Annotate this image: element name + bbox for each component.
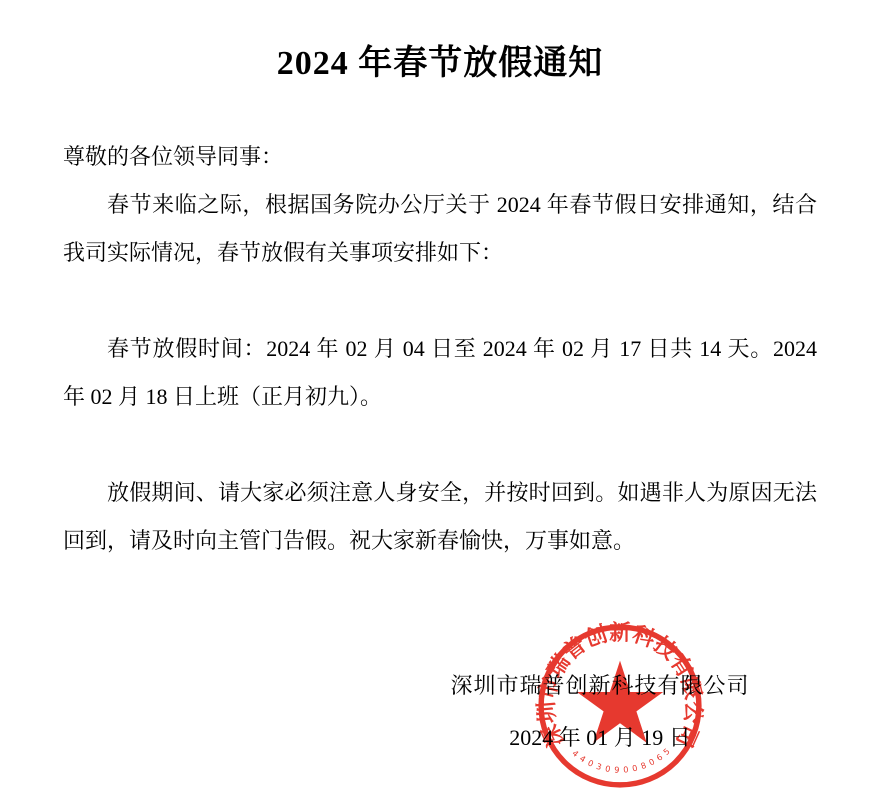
signature-block: 深圳市瑞普创新科技有限公司 2024 年 01 月 19 日 [440, 662, 760, 762]
greeting-line: 尊敬的各位领导同事： [63, 133, 817, 181]
signature-date: 2024 年 01 月 19 日 [440, 714, 760, 762]
holiday-notice-document: 2024 年春节放假通知 尊敬的各位领导同事： 春节来临之际，根据国务院办公厅关… [0, 0, 880, 807]
paragraph-holiday-dates: 春节放假时间：2024 年 02 月 04 日至 2024 年 02 月 17 … [63, 325, 817, 421]
paragraph-intro: 春节来临之际，根据国务院办公厅关于 2024 年春节假日安排通知，结合我司实际情… [63, 181, 817, 277]
signature-company-name: 深圳市瑞普创新科技有限公司 [440, 662, 760, 710]
notice-body: 尊敬的各位领导同事： 春节来临之际，根据国务院办公厅关于 2024 年春节假日安… [63, 133, 817, 565]
notice-title: 2024 年春节放假通知 [0, 0, 880, 84]
paragraph-safety-wishes: 放假期间、请大家必须注意人身安全，并按时回到。如遇非人为原因无法回到，请及时向主… [63, 469, 817, 565]
